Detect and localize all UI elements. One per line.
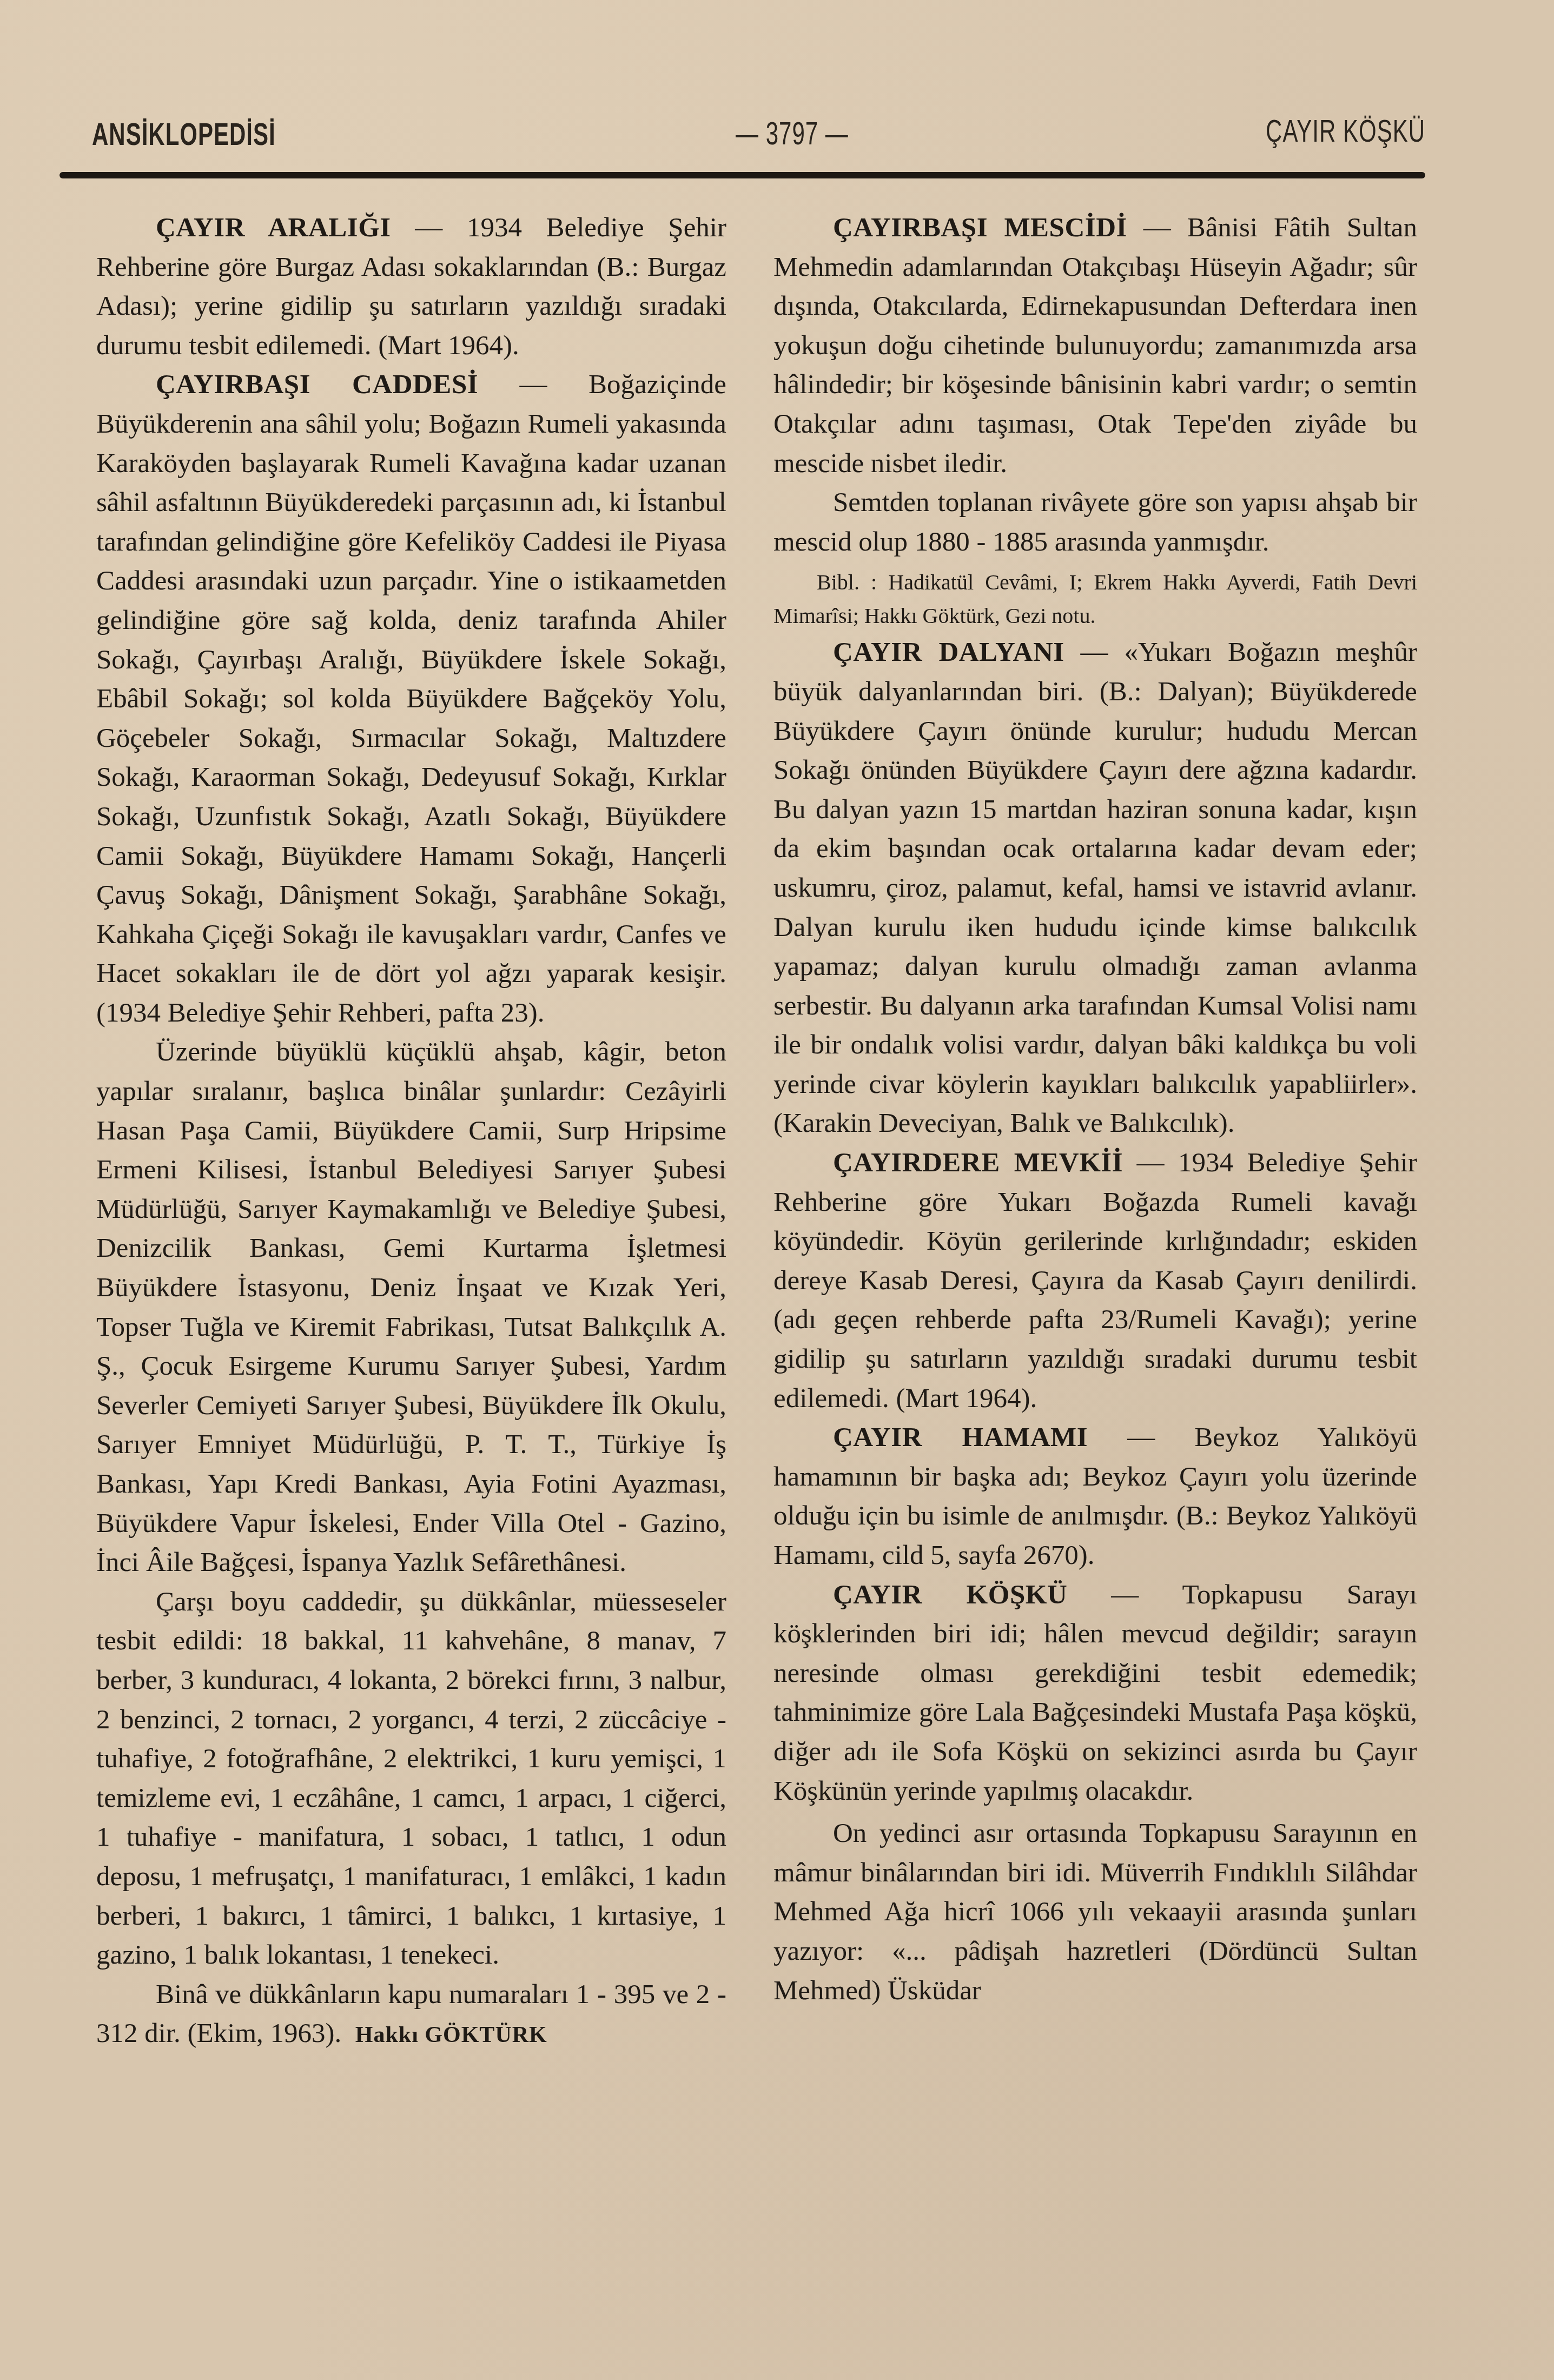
entry-title: ÇAYIR ARALIĞI xyxy=(156,213,391,243)
entry-paragraph: ÇAYIR KÖŞKÜ — Topkapusu Sarayı köşklerin… xyxy=(773,1575,1417,1811)
left-column: ÇAYIR ARALIĞI — 1934 Belediye Şehir Rehb… xyxy=(96,208,726,2055)
entry-dash: — xyxy=(1123,1148,1178,1178)
entry-dash: — xyxy=(1064,637,1125,667)
entry-text: Bânisi Fâtih Sultan Mehmedin adamlarında… xyxy=(773,213,1417,479)
entry-paragraph: ÇAYIRBAŞI CADDESİ — Boğaziçinde Büyükder… xyxy=(96,365,726,1032)
entry-cayir-hamami: ÇAYIR HAMAMI — Beykoz Yalıköyü hamamının… xyxy=(773,1418,1417,1575)
entry-text: 1934 Belediye Şehir Rehberine göre Yukar… xyxy=(773,1148,1417,1414)
entry-paragraph: Binâ ve dükkânların kapu numaraları 1 - … xyxy=(96,1975,726,2055)
entry-paragraph: Çarşı boyu caddedir, şu dükkânlar, müess… xyxy=(96,1582,726,1975)
entry-cayir-dalyani: ÇAYIR DALYANI — «Yukarı Boğazın meşhûr b… xyxy=(773,633,1417,1143)
entry-cayir-araligi: ÇAYIR ARALIĞI — 1934 Belediye Şehir Rehb… xyxy=(96,208,726,365)
entry-title: ÇAYIR DALYANI xyxy=(833,637,1064,667)
entry-title: ÇAYIRDERE MEVKİİ xyxy=(833,1148,1123,1178)
entry-dash: — xyxy=(478,369,588,400)
entry-text: Boğaziçinde Büyükderenin ana sâhil yolu;… xyxy=(96,369,726,1028)
entry-paragraph: Üzerinde büyüklü küçüklü ahşab, kâgir, b… xyxy=(96,1032,726,1582)
entry-paragraph: ÇAYIR DALYANI — «Yukarı Boğazın meşhûr b… xyxy=(773,633,1417,1143)
entry-title: ÇAYIRBAŞI CADDESİ xyxy=(156,369,478,400)
entry-cayirbasi-mescidi: ÇAYIRBAŞI MESCİDİ — Bânisi Fâtih Sultan … xyxy=(773,208,1417,633)
entry-cayirdere-mevkii: ÇAYIRDERE MEVKİİ — 1934 Belediye Şehir R… xyxy=(773,1143,1417,1418)
entry-paragraph: ÇAYIRDERE MEVKİİ — 1934 Belediye Şehir R… xyxy=(773,1143,1417,1418)
entry-title: ÇAYIR HAMAMI xyxy=(833,1422,1088,1453)
bibliography: Bibl. : Hadikatül Cevâmi, I; Ekrem Hakkı… xyxy=(773,566,1417,633)
entry-dash: — xyxy=(1127,213,1187,243)
entry-paragraph: On yedinci asır ortasında Topkapusu Sara… xyxy=(773,1814,1417,2010)
entry-paragraph: ÇAYIRBAŞI MESCİDİ — Bânisi Fâtih Sultan … xyxy=(773,208,1417,483)
entry-dash: — xyxy=(391,213,467,243)
entry-text: Topkapusu Sarayı köşklerinden biri idi; … xyxy=(773,1580,1417,1806)
entry-paragraph: ÇAYIR ARALIĞI — 1934 Belediye Şehir Rehb… xyxy=(96,208,726,365)
right-column: ÇAYIRBAŞI MESCİDİ — Bânisi Fâtih Sultan … xyxy=(773,208,1417,2010)
header-rule xyxy=(59,172,1425,178)
entry-dash: — xyxy=(1088,1422,1194,1453)
entry-title: ÇAYIR KÖŞKÜ xyxy=(833,1580,1067,1610)
author-signature: Hakkı GÖKTÜRK xyxy=(355,2023,547,2047)
page-number: — 3797 — xyxy=(736,115,849,151)
running-head-title: ANSİKLOPEDİSİ xyxy=(92,117,276,153)
entry-paragraph: ÇAYIR HAMAMI — Beykoz Yalıköyü hamamının… xyxy=(773,1418,1417,1575)
entry-title: ÇAYIRBAŞI MESCİDİ xyxy=(833,213,1127,243)
entry-cayirbasi-caddesi: ÇAYIRBAŞI CADDESİ — Boğaziçinde Büyükder… xyxy=(96,365,726,2055)
entry-paragraph: Semtden toplanan rivâyete göre son yapıs… xyxy=(773,483,1417,561)
entry-dash: — xyxy=(1067,1580,1182,1610)
running-head: ANSİKLOPEDİSİ — 3797 — ÇAYIR KÖŞKÜ xyxy=(92,116,1425,160)
running-head-entry: ÇAYIR KÖŞKÜ xyxy=(1266,114,1425,149)
entry-text: «Yukarı Boğazın meşhûr büyük dalyanların… xyxy=(773,637,1417,1138)
entry-cayir-kosku: ÇAYIR KÖŞKÜ — Topkapusu Sarayı köşklerin… xyxy=(773,1575,1417,2011)
